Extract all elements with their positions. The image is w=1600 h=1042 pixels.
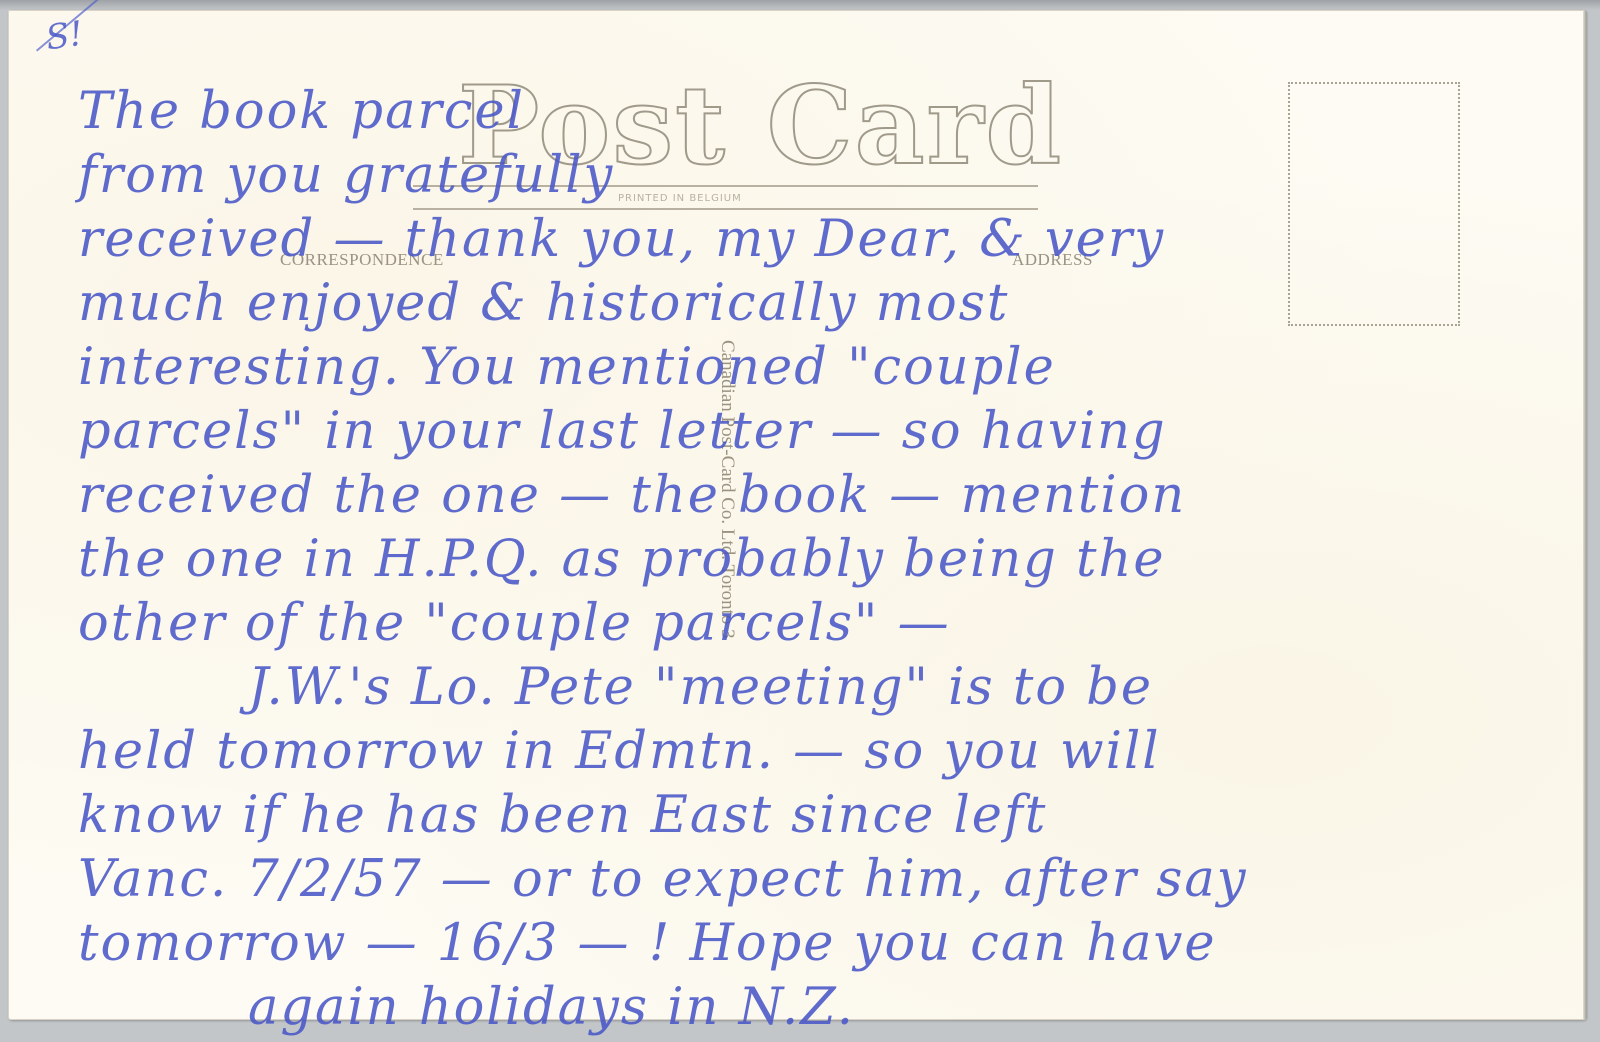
handwriting-line: The book parcel — [78, 80, 1558, 144]
handwriting-line: again holidays in N.Z. — [78, 976, 1558, 1040]
handwriting-line: the one in H.P.Q. as probably being the — [78, 528, 1558, 592]
handwriting-line: held tomorrow in Edmtn. — so you will — [78, 720, 1558, 784]
handwriting-line: interesting. You mentioned "couple — [78, 336, 1558, 400]
postcard-back: Post Card PRINTED IN BELGIUM CORRESPONDE… — [8, 10, 1586, 1020]
handwriting-line: Vanc. 7/2/57 — or to expect him, after s… — [78, 848, 1558, 912]
handwriting-line: much enjoyed & historically most — [78, 272, 1558, 336]
handwriting-line: tomorrow — 16/3 — ! Hope you can have — [78, 912, 1558, 976]
handwriting-line: other of the "couple parcels" — — [78, 592, 1558, 656]
handwriting-line: received the one — the book — mention — [78, 464, 1558, 528]
card-edge — [1583, 10, 1586, 1020]
handwriting-line: J.W.'s Lo. Pete "meeting" is to be — [78, 656, 1558, 720]
handwriting-line: parcels" in your last letter — so having — [78, 400, 1558, 464]
corner-note: S! — [43, 14, 85, 59]
handwriting-line: know if he has been East since left — [78, 784, 1558, 848]
handwriting-line: from you gratefully — [78, 144, 1558, 208]
handwritten-message: The book parcel from you gratefully rece… — [78, 80, 1558, 1040]
handwriting-line: received — thank you, my Dear, & very — [78, 208, 1558, 272]
